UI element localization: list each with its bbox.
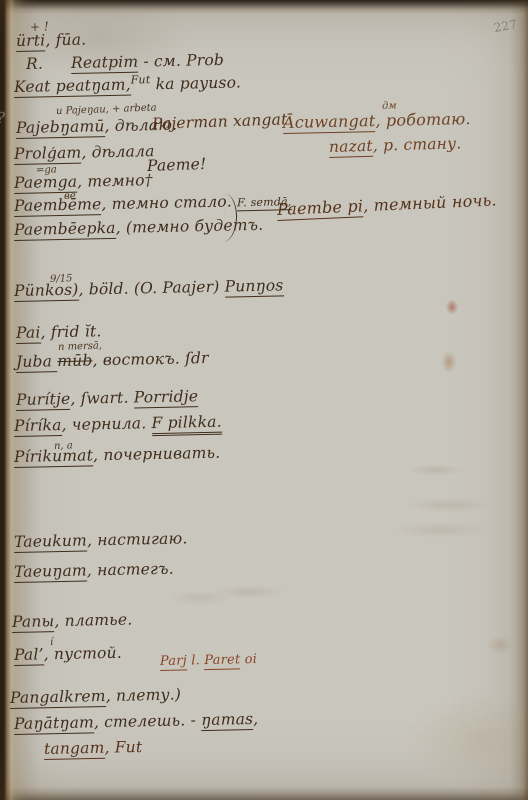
headword: Taeukum — [14, 531, 87, 553]
entry-pal: Pal’, пустой. — [14, 645, 122, 664]
gloss: , frid ĭt. — [40, 322, 101, 341]
variant: Porridje — [134, 387, 199, 408]
gloss: , пустой. — [43, 644, 122, 664]
entry-punkos: Pünkos), böld. (O. Paajer) Punŋos — [14, 277, 284, 300]
headword: tangam — [44, 739, 105, 760]
headword: Pírikumat — [14, 446, 94, 468]
headword: Paembēepka — [14, 219, 116, 241]
headword: Panы — [12, 612, 55, 633]
headword: Paŋātŋam — [14, 713, 94, 735]
entry-tangam: tangam, Fut — [44, 739, 143, 758]
entry-taeukum: Taeukum, настигаю. — [14, 530, 188, 551]
entry-pirika: Píríka, чернила. F pilkka. — [14, 414, 222, 435]
entry-panatnam: Paŋātŋam, стелешь. - ŋamas, — [14, 711, 259, 733]
headword: Ācuwangat — [283, 111, 376, 134]
headword: Parj — [160, 653, 187, 671]
entry-acuwangat: Ācuwangat, роботаю. — [283, 110, 471, 132]
gloss-tail: , — [253, 710, 259, 728]
gloss: , темно† — [77, 171, 153, 191]
gloss: , роботаю. — [375, 109, 471, 130]
headword: Juba — [16, 352, 58, 373]
entry-pai: Pai, frid ĭt. — [16, 323, 102, 342]
entry-pany: Panы, платье. — [12, 611, 133, 631]
entry-taeunam: Taeuŋam, настегъ. — [14, 561, 174, 581]
entry-prolgam: Prolģam, дѣлала — [14, 143, 155, 163]
manuscript-scan: 227 ? + ! ürti, fūа. R.Reatpim - см. Pro… — [0, 0, 528, 800]
headword: Pai — [16, 323, 41, 344]
struck-word: mūb — [57, 351, 93, 370]
entry-parj-paret: Parj l. Paret oi — [160, 653, 257, 669]
headword: Keat peatŋam, — [14, 76, 131, 98]
gloss: , дѣлала — [81, 142, 155, 162]
gloss: , Fut — [104, 738, 142, 757]
headword: Paembēme — [14, 195, 102, 217]
variant: F pilkka. — [151, 413, 222, 436]
gloss: , платье. — [54, 610, 132, 630]
entry-urti: ürti, fūа. — [16, 32, 87, 51]
gloss: - см. Prob — [138, 51, 224, 71]
gloss: , böld. (O. Paajer) — [78, 278, 224, 299]
gloss: , ſwart. — [70, 389, 134, 408]
entry-paemga: Paemga, темно† — [14, 172, 153, 192]
headword: Píríka — [14, 416, 62, 437]
gloss: l. — [187, 653, 205, 668]
gloss-tail: oi — [240, 652, 257, 667]
headword: Pajebŋamū — [16, 117, 105, 139]
gloss: , настигаю. — [87, 529, 188, 549]
gloss: ka payuso. — [150, 73, 241, 93]
gloss: , fūа. — [45, 31, 86, 50]
entry-paeme: Paeme! — [147, 156, 207, 175]
gloss: , плету.) — [106, 685, 182, 705]
gloss: , стелешь. - — [94, 711, 202, 731]
gloss: , темно стало. — [101, 192, 237, 213]
entry-pangalkrem: Pangalkrem, плету.) — [10, 686, 181, 707]
annotation-fut: Fut — [131, 73, 151, 86]
headword: Purítje — [16, 390, 71, 411]
gloss: , р. стану. — [373, 134, 462, 154]
gloss: , чернила. — [61, 414, 151, 434]
gloss: , настегъ. — [87, 560, 174, 580]
headword: Reatpim — [71, 53, 139, 74]
headword: Pal’ — [14, 645, 44, 666]
headword: nazat — [329, 137, 373, 158]
gloss: , почернивать. — [93, 444, 221, 465]
gloss: , (темно будетъ. — [115, 216, 263, 237]
variant: ŋamas — [201, 710, 254, 731]
variant: Paret — [204, 652, 240, 670]
headword: Paembе pi — [277, 196, 364, 221]
headword: Taeuŋam — [14, 561, 87, 583]
headword: Prolģam — [14, 144, 82, 165]
entry-puritje: Purítje, ſwart. Porridje — [16, 388, 199, 409]
initial: R. — [26, 55, 43, 73]
headword: Pangalkrem — [10, 687, 106, 709]
margin-question-mark: ? — [0, 110, 5, 127]
headword: Pünkos) — [14, 281, 79, 302]
gloss: , востокъ. ſdr — [92, 349, 209, 369]
variant: Punŋos — [224, 276, 283, 297]
headword: ürti — [16, 31, 46, 52]
